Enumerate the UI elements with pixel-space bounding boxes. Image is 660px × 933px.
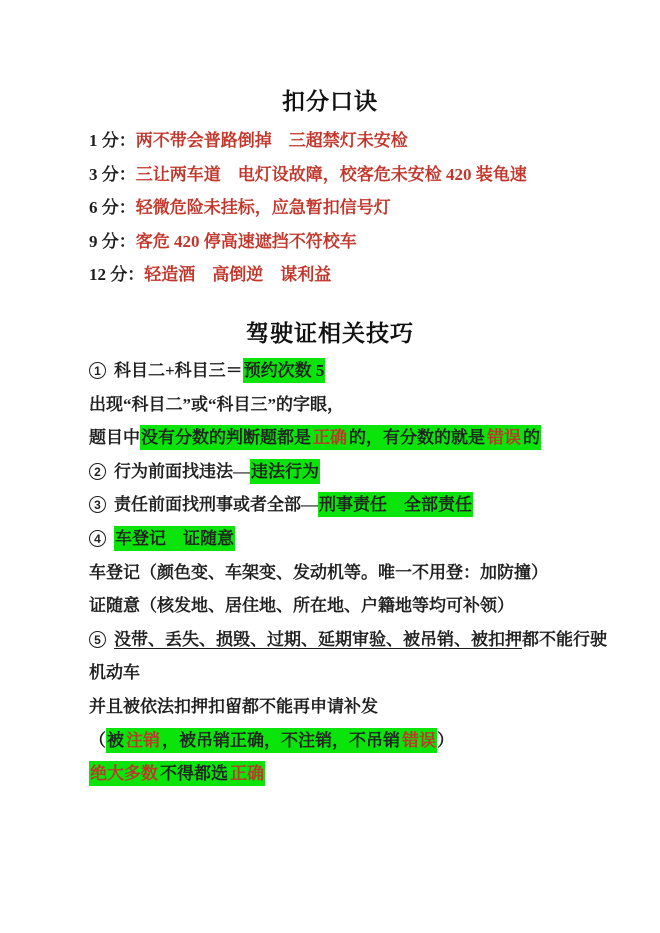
score-line-label: 9 分： xyxy=(89,232,136,251)
section1-title: 扣分口诀 xyxy=(89,86,571,116)
text-segment: 责任前面找刑事或者全部— xyxy=(114,495,318,514)
tip-line: 并且被依法扣押扣留都不能再申请补发 xyxy=(89,690,571,724)
highlighted-segment: 绝大多数 xyxy=(89,761,159,786)
document-page: 扣分口诀 1 分：两不带会普路倒掉 三超禁灯未安检3 分：三让两车道 电灯设故障… xyxy=(0,0,660,933)
text-segment: 出现“科目二”或“科目三”的字眼， xyxy=(89,395,344,414)
score-line-label: 6 分： xyxy=(89,198,136,217)
highlighted-segment: 错误 xyxy=(401,728,437,753)
circled-number: 5 xyxy=(89,631,106,648)
text-segment: 题目中 xyxy=(89,428,140,447)
highlighted-segment: 预约次数 5 xyxy=(243,358,326,383)
score-line: 1 分：两不带会普路倒掉 三超禁灯未安检 xyxy=(89,124,571,158)
highlighted-segment: ，被吊销正确，不注销，不吊销 xyxy=(161,728,401,753)
highlighted-segment: 没有分数的判断题都是 xyxy=(140,425,312,450)
score-line: 12 分：轻造酒 高倒逆 谋利益 xyxy=(89,258,571,292)
score-line: 6 分：轻微危险未挂标，应急暂扣信号灯 xyxy=(89,191,571,225)
text-segment: 并且被依法扣押扣留都不能再申请补发 xyxy=(89,697,378,716)
section2-title: 驾驶证相关技巧 xyxy=(89,318,571,348)
highlighted-segment: 不得都选 xyxy=(159,761,229,786)
circled-number: 2 xyxy=(89,463,106,480)
text-segment: ） xyxy=(437,731,454,750)
text-segment: 车登记（颜色变、车架变、发动机等。唯一不用登：加防撞） xyxy=(89,563,548,582)
highlighted-segment: 刑事责任 全部责任 xyxy=(318,492,473,517)
highlighted-segment: 违法行为 xyxy=(250,459,320,484)
circled-number: 3 xyxy=(89,496,106,513)
tip-line: 绝大多数不得都选正确 xyxy=(89,757,571,791)
score-line-text: 两不带会普路倒掉 三超禁灯未安检 xyxy=(136,131,408,150)
score-line-text: 轻造酒 高倒逆 谋利益 xyxy=(144,265,331,284)
highlighted-segment: 的，有分数的就是 xyxy=(348,425,486,450)
text-segment: （ xyxy=(89,731,106,750)
score-line: 3 分：三让两车道 电灯设故障，校客危未安检 420 装龟速 xyxy=(89,158,571,192)
tip-line: 4车登记 证随意 xyxy=(89,522,571,556)
highlighted-segment: 正确 xyxy=(229,761,265,786)
tip-line: 机动车 xyxy=(89,656,571,690)
text-segment: 都不能行驶 xyxy=(522,630,607,649)
tip-line: （被注销，被吊销正确，不注销，不吊销错误） xyxy=(89,724,571,758)
highlighted-segment: 注销 xyxy=(125,728,161,753)
score-line-text: 三让两车道 电灯设故障，校客危未安检 420 装龟速 xyxy=(136,165,527,184)
tip-line: 车登记（颜色变、车架变、发动机等。唯一不用登：加防撞） xyxy=(89,556,571,590)
text-segment: 证随意（核发地、居住地、所在地、户籍地等均可补领） xyxy=(89,596,514,615)
tip-line: 1科目二+科目三＝预约次数 5 xyxy=(89,354,571,388)
score-line: 9 分：客危 420 停高速遮挡不符校车 xyxy=(89,225,571,259)
text-segment: 科目二+科目三＝ xyxy=(114,361,243,380)
tip-line: 2行为前面找违法—违法行为 xyxy=(89,455,571,489)
highlighted-segment: 被 xyxy=(106,728,125,753)
text-segment: 没带、丢失、损毁、过期、延期审验、被吊销、被扣押 xyxy=(114,630,522,649)
tip-line: 题目中没有分数的判断题都是正确的，有分数的就是错误的 xyxy=(89,421,571,455)
text-segment: 行为前面找违法— xyxy=(114,462,250,481)
score-list: 1 分：两不带会普路倒掉 三超禁灯未安检3 分：三让两车道 电灯设故障，校客危未… xyxy=(89,124,571,292)
highlighted-segment: 错误 xyxy=(486,425,522,450)
circled-number: 1 xyxy=(89,362,106,379)
score-line-text: 客危 420 停高速遮挡不符校车 xyxy=(136,232,357,251)
tip-line: 出现“科目二”或“科目三”的字眼， xyxy=(89,388,571,422)
tip-line: 3责任前面找刑事或者全部—刑事责任 全部责任 xyxy=(89,488,571,522)
score-line-label: 1 分： xyxy=(89,131,136,150)
tip-list: 1科目二+科目三＝预约次数 5出现“科目二”或“科目三”的字眼，题目中没有分数的… xyxy=(89,354,571,791)
tip-line: 5没带、丢失、损毁、过期、延期审验、被吊销、被扣押都不能行驶 xyxy=(89,623,571,657)
highlighted-segment: 的 xyxy=(522,425,541,450)
highlighted-segment: 正确 xyxy=(312,425,348,450)
score-line-label: 12 分： xyxy=(89,265,144,284)
text-segment: 机动车 xyxy=(89,663,140,682)
tip-line: 证随意（核发地、居住地、所在地、户籍地等均可补领） xyxy=(89,589,571,623)
circled-number: 4 xyxy=(89,530,106,547)
highlighted-segment: 车登记 证随意 xyxy=(114,526,235,551)
score-line-label: 3 分： xyxy=(89,165,136,184)
score-line-text: 轻微危险未挂标，应急暂扣信号灯 xyxy=(136,198,391,217)
